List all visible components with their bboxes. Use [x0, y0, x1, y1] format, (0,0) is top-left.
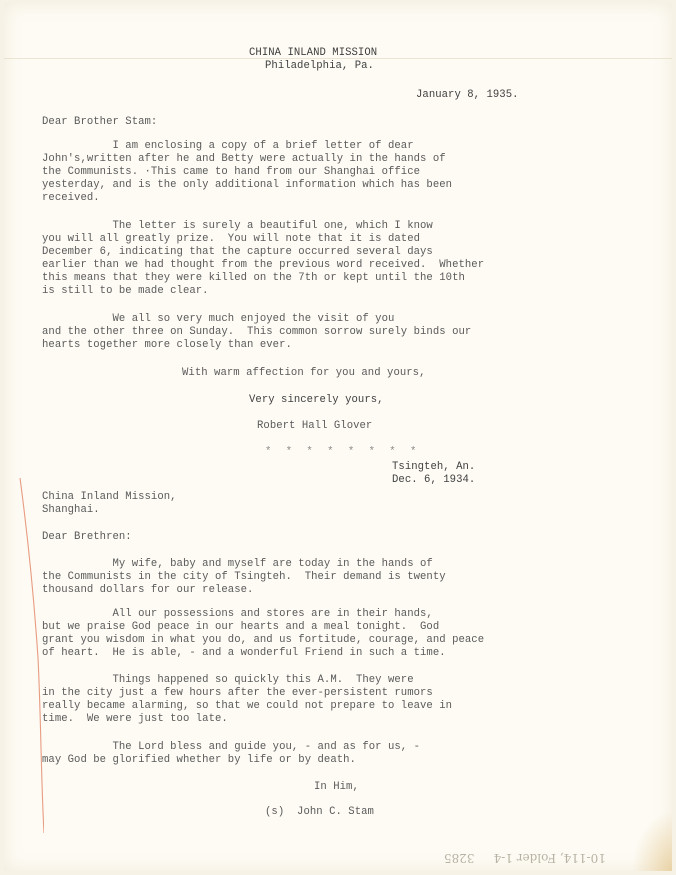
text-line: this means that they were killed on the … [42, 272, 465, 284]
letter-page: CHINA INLAND MISSION Philadelphia, Pa. J… [4, 3, 672, 871]
text-line: earlier than we had thought from the pre… [42, 259, 484, 271]
text-line: yesterday, and is the only additional in… [42, 179, 452, 191]
text-line: All our possessions and stores are in th… [42, 608, 433, 620]
letter1-closing-line: With warm affection for you and yours, [182, 367, 425, 379]
text-line: time. We were just too late. [42, 713, 228, 725]
text-line: in the city just a few hours after the e… [42, 687, 433, 699]
letter2-salutation: Dear Brethren: [42, 531, 132, 543]
text-line: you will all greatly prize. You will not… [42, 233, 420, 245]
letter1-salutation: Dear Brother Stam: [42, 116, 157, 128]
text-line: and the other three on Sunday. This comm… [42, 326, 471, 338]
letter2-place: Tsingteh, An. [392, 461, 475, 473]
text-line: My wife, baby and myself are today in th… [42, 558, 433, 570]
text-line: the Communists in the city of Tsingteh. … [42, 571, 446, 583]
text-line: The letter is surely a beautiful one, wh… [42, 220, 433, 232]
text-line: received. [42, 192, 100, 204]
letter1-date: January 8, 1935. [416, 89, 519, 101]
text-line: December 6, indicating that the capture … [42, 246, 433, 258]
archive-handwritten-note: 10-114, Folder 1-4 3285 [444, 851, 606, 865]
text-line: The Lord bless and guide you, - and as f… [42, 741, 420, 753]
letterhead-organization: CHINA INLAND MISSION [249, 47, 377, 59]
letter2-date: Dec. 6, 1934. [392, 474, 475, 486]
letter2-recipient-line-1: China Inland Mission, [42, 491, 177, 503]
margin-pencil-mark [14, 478, 44, 833]
text-line: I am enclosing a copy of a brief letter … [42, 140, 414, 152]
text-line: but we praise God peace in our hearts an… [42, 621, 439, 633]
text-line: may God be glorified whether by life or … [42, 754, 356, 766]
letter1-closing: Very sincerely yours, [249, 394, 384, 406]
text-line: Things happened so quickly this A.M. The… [42, 674, 414, 686]
text-line: is still to be made clear. [42, 285, 209, 297]
letter2-recipient-line-2: Shanghai. [42, 504, 100, 516]
text-line: thousand dollars for our release. [42, 584, 253, 596]
text-line: the Communists. ·This came to hand from … [42, 166, 420, 178]
letterhead-city: Philadelphia, Pa. [265, 60, 374, 72]
section-separator: * * * * * * * * [265, 446, 420, 458]
text-line: John's,written after he and Betty were a… [42, 153, 446, 165]
text-line: grant you wisdom in what you do, and us … [42, 634, 484, 646]
text-line: of heart. He is able, - and a wonderful … [42, 647, 446, 659]
text-line: We all so very much enjoyed the visit of… [42, 313, 394, 325]
text-line: hearts together more closely than ever. [42, 339, 292, 351]
text-line: really became alarming, so that we could… [42, 700, 452, 712]
letter1-signature: Robert Hall Glover [257, 420, 372, 432]
letter2-signature: (s) John C. Stam [265, 806, 374, 818]
letter2-closing: In Him, [314, 781, 359, 793]
